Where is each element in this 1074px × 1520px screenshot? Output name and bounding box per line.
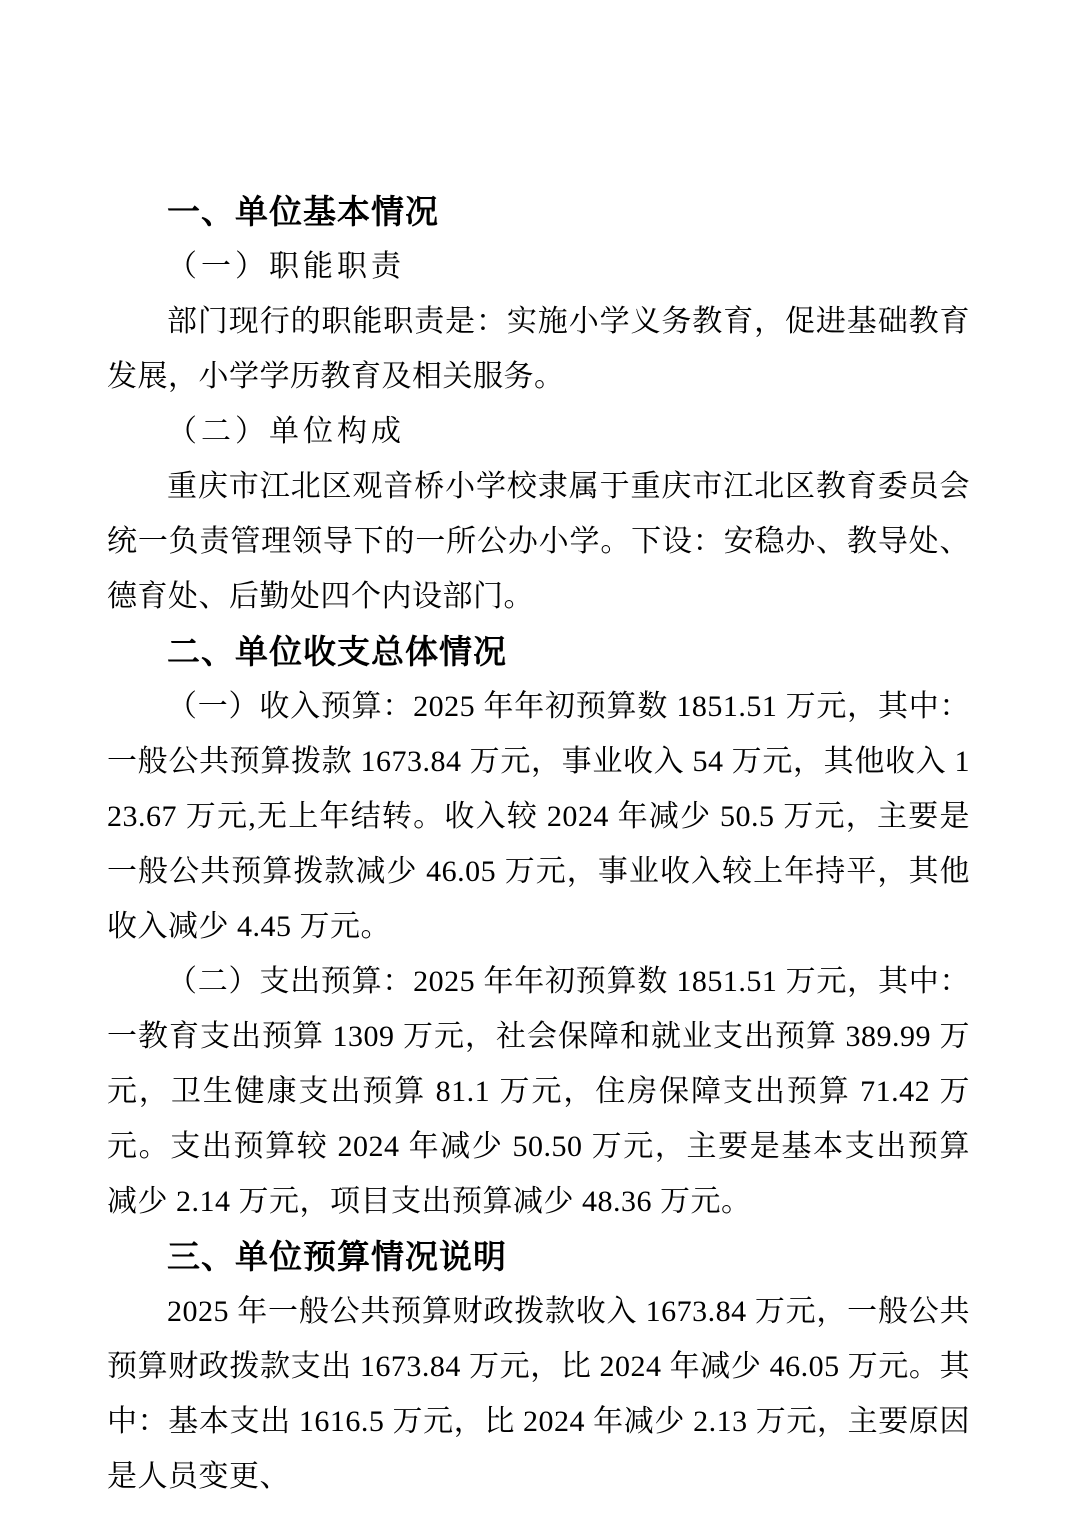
section-1-sub-2-heading: （二）单位构成: [107, 404, 970, 459]
section-1-sub-1-heading: （一）职能职责: [107, 239, 970, 294]
document-page: 一、单位基本情况 （一）职能职责 部门现行的职能职责是：实施小学义务教育，促进基…: [0, 0, 1074, 1520]
section-1-heading: 一、单位基本情况: [107, 184, 970, 239]
section-2-income-paragraph: （一）收入预算：2025 年年初预算数 1851.51 万元，其中：一般公共预算…: [107, 679, 970, 954]
section-3-paragraph: 2025 年一般公共预算财政拨款收入 1673.84 万元，一般公共预算财政拨款…: [107, 1284, 970, 1504]
section-2-expenditure-paragraph: （二）支出预算：2025 年年初预算数 1851.51 万元，其中：一教育支出预…: [107, 954, 970, 1229]
section-1-sub-1-paragraph: 部门现行的职能职责是：实施小学义务教育，促进基础教育发展，小学学历教育及相关服务…: [107, 294, 970, 404]
section-2-heading: 二、单位收支总体情况: [107, 624, 970, 679]
document-content: 一、单位基本情况 （一）职能职责 部门现行的职能职责是：实施小学义务教育，促进基…: [107, 184, 970, 1504]
section-1-sub-2-paragraph: 重庆市江北区观音桥小学校隶属于重庆市江北区教育委员会统一负责管理领导下的一所公办…: [107, 459, 970, 624]
section-3-heading: 三、单位预算情况说明: [107, 1229, 970, 1284]
